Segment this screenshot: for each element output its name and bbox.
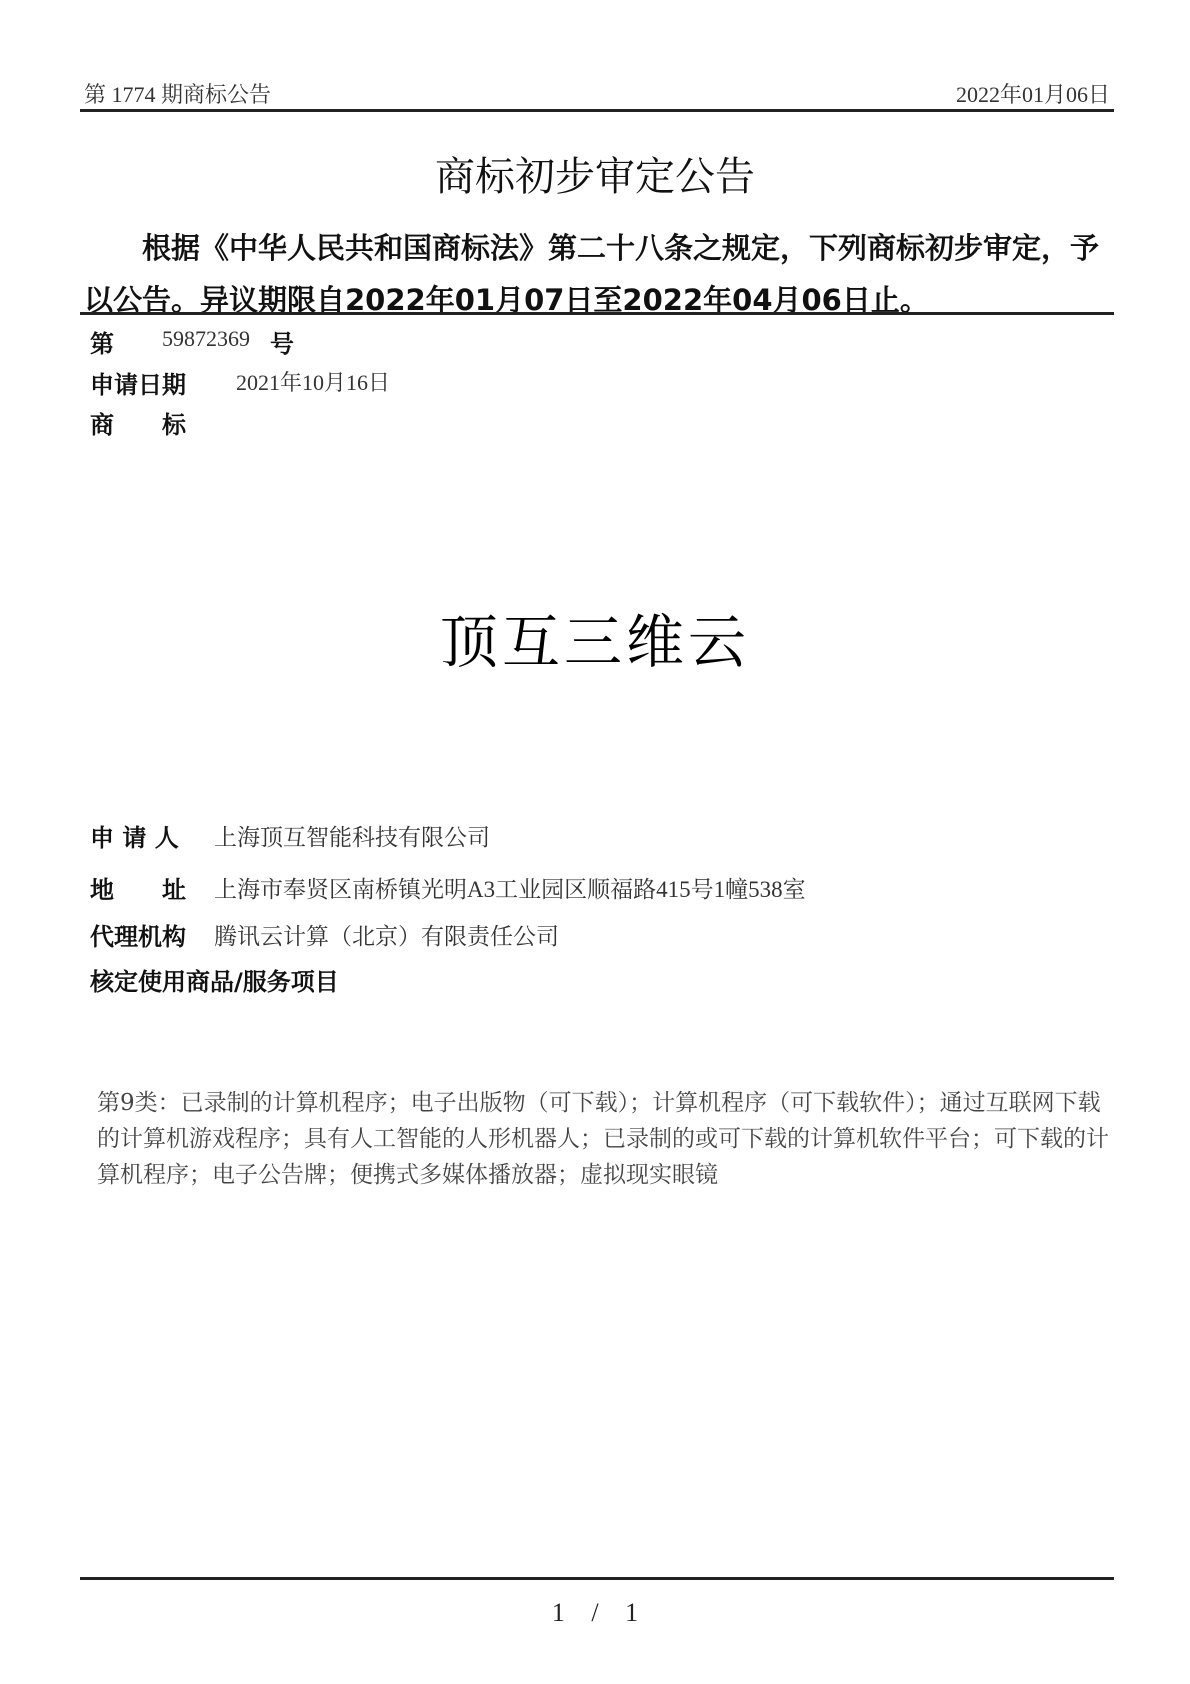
agency-name: 腾讯云计算（北京）有限责任公司 (214, 918, 559, 951)
trademark-label: 商 标 (90, 405, 186, 440)
header-divider (80, 109, 1114, 112)
trademark-image-text: 顶互三维云 (0, 595, 1190, 679)
preamble-text: 根据《中华人民共和国商标法》第二十八条之规定，下列商标初步审定，予以公告。异议期… (84, 222, 1114, 326)
application-date: 2021年10月16日 (236, 366, 390, 397)
section-divider (80, 312, 1114, 315)
services-list: 第9类：已录制的计算机程序；电子出版物（可下载）；计算机程序（可下载软件）；通过… (97, 1085, 1117, 1193)
address-label: 地 址 (90, 870, 186, 905)
agency-label: 代理机构 (90, 917, 186, 952)
footer-divider (80, 1577, 1114, 1580)
applicant-label: 申 请 人 (90, 818, 179, 853)
page-title: 商标初步审定公告 (0, 145, 1190, 202)
services-label: 核定使用商品/服务项目 (90, 962, 339, 997)
number-label-suffix: 号 (270, 324, 294, 359)
number-label-prefix: 第 (90, 324, 114, 359)
applicant-name: 上海顶互智能科技有限公司 (214, 819, 490, 852)
page-indicator: 1 / 1 (0, 1598, 1190, 1628)
application-date-label: 申请日期 (90, 365, 186, 400)
address-value: 上海市奉贤区南桥镇光明A3工业园区顺福路415号1幢538室 (214, 871, 806, 904)
issue-number: 第 1774 期商标公告 (84, 78, 271, 109)
registration-number: 59872369 (162, 326, 250, 352)
issue-date: 2022年01月06日 (956, 78, 1110, 109)
